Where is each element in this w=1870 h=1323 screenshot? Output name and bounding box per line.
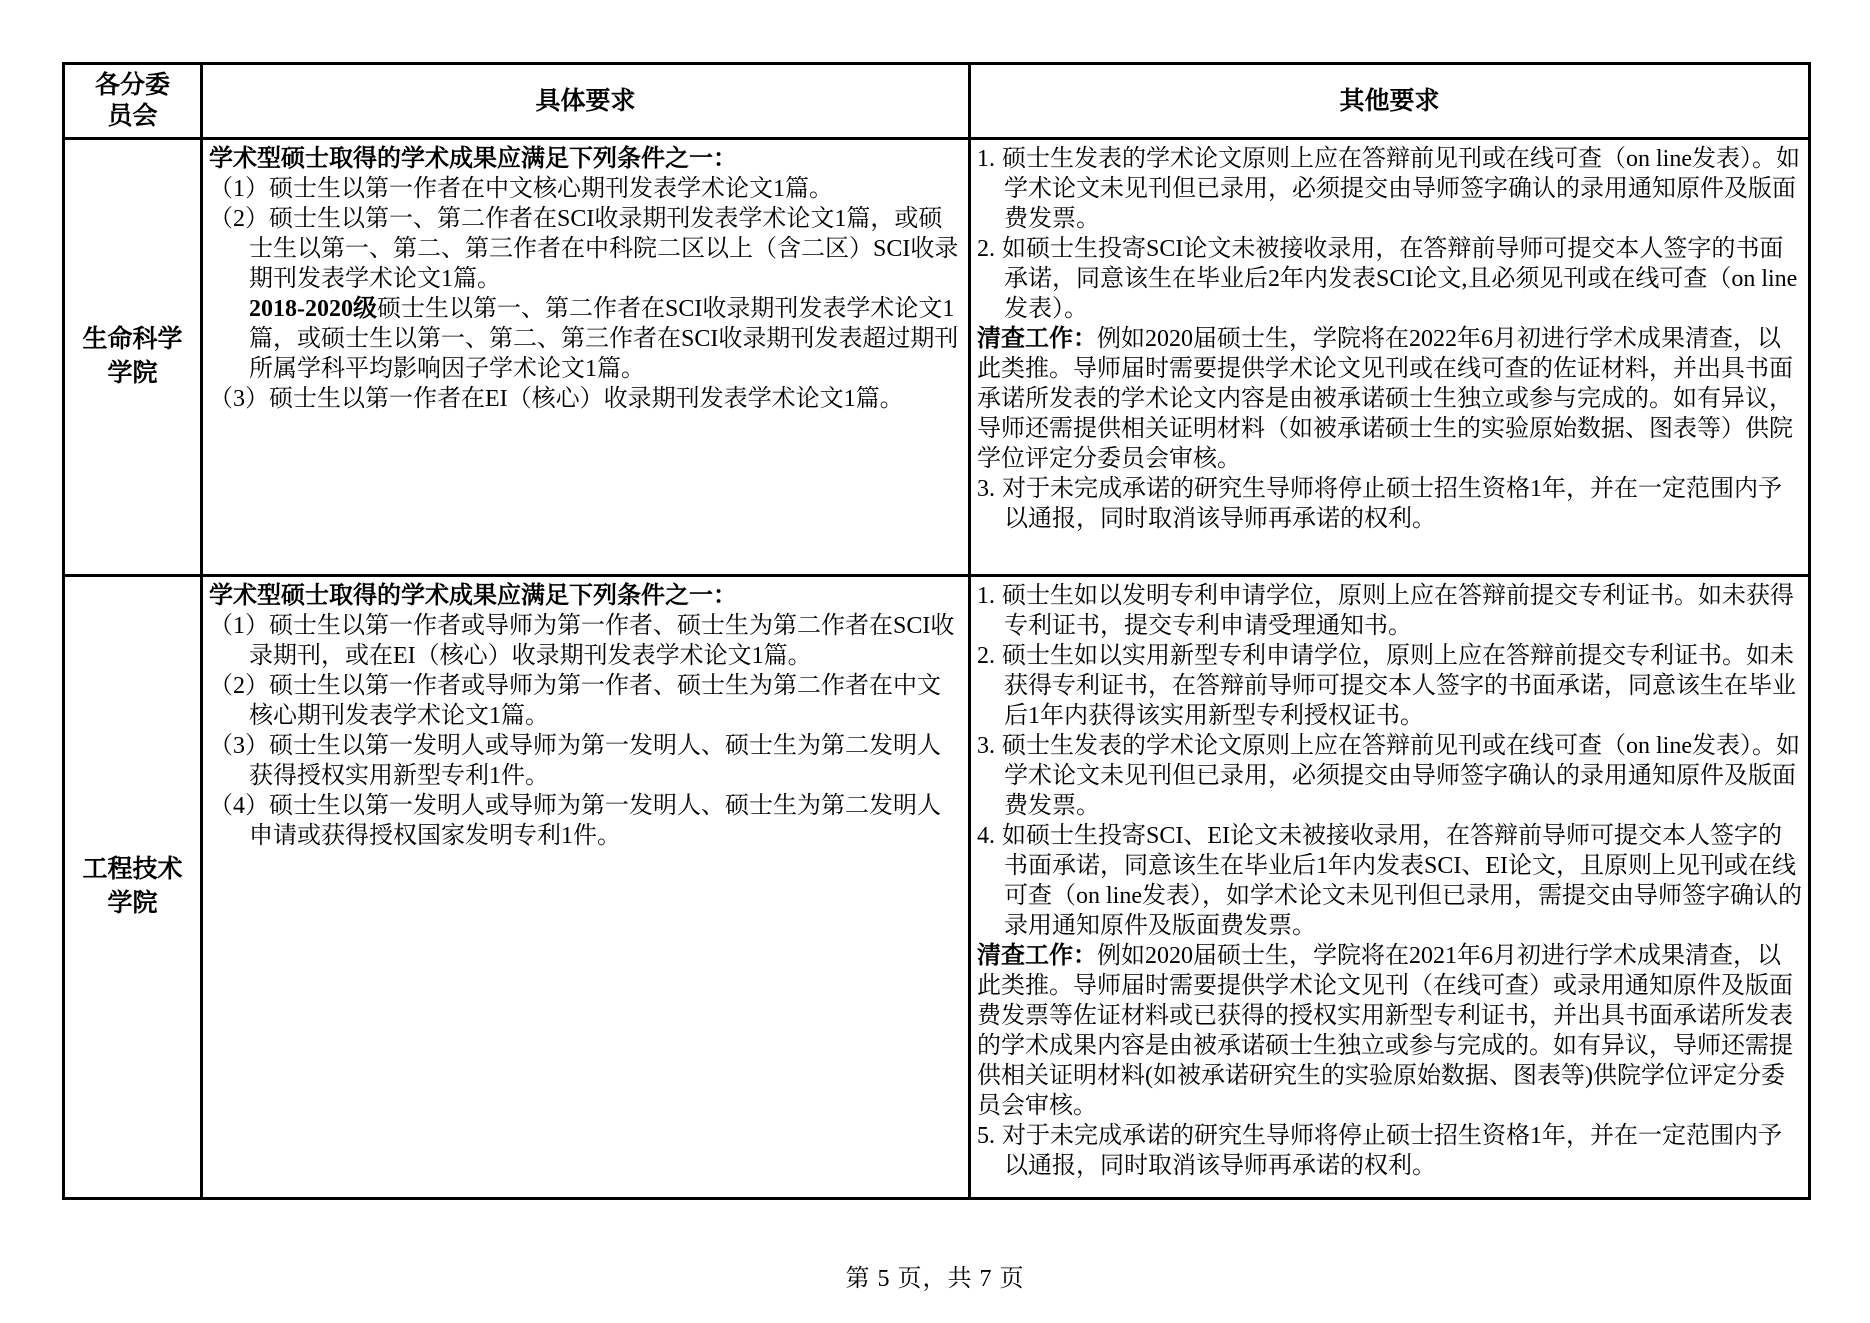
requirement-item: （4）硕士生以第一发明人或导师为第一发明人、硕士生为第二发明人申请或获得授权国家… xyxy=(209,791,962,851)
requirements-table: 各分委 员会 具体要求 其他要求 生命科学 学院 学术型硕士取得的学术成果应满足… xyxy=(62,62,1811,1200)
item-marker: 3. xyxy=(977,476,995,502)
item-bold-prefix: 2018-2020级 xyxy=(249,296,377,322)
item-text: 如硕士生投寄SCI论文未被接收录用，在答辩前导师可提交本人签字的书面承诺，同意该… xyxy=(1002,236,1797,322)
item-marker: （1） xyxy=(209,176,269,202)
item-text: 硕士生发表的学术论文原则上应在答辩前见刊或在线可查（on line发表）。如学术… xyxy=(1002,146,1800,232)
item-text: 硕士生如以实用新型专利申请学位，原则上应在答辩前提交专利证书。如未获得专利证书，… xyxy=(1002,643,1796,729)
column-header-specific-requirements: 具体要求 xyxy=(202,64,970,139)
item-text: 硕士生以第一、第二作者在SCI收录期刊发表学术论文1篇，或硕士生以第一、第二、第… xyxy=(249,206,958,292)
requirement-sub-item: 2018-2020级硕士生以第一、第二作者在SCI收录期刊发表学术论文1篇，或硕… xyxy=(209,294,962,384)
requirements-heading: 学术型硕士取得的学术成果应满足下列条件之一： xyxy=(209,581,962,611)
item-marker: 3. xyxy=(977,733,995,759)
item-marker: （2） xyxy=(209,673,269,699)
specific-requirements-cell: 学术型硕士取得的学术成果应满足下列条件之一： （1）硕士生以第一作者或导师为第一… xyxy=(202,576,970,1199)
requirement-item: 5.对于未完成承诺的研究生导师将停止硕士招生资格1年，并在一定范围内予以通报，同… xyxy=(977,1121,1802,1181)
item-text: 硕士生如以发明专利申请学位，原则上应在答辩前提交专利证书。如未获得专利证书，提交… xyxy=(1002,583,1794,639)
requirement-item: （3）硕士生以第一发明人或导师为第一发明人、硕士生为第二发明人获得授权实用新型专… xyxy=(209,731,962,791)
item-marker: （3） xyxy=(209,733,269,759)
item-marker: 2. xyxy=(977,236,995,262)
item-bold-prefix: 清查工作： xyxy=(977,326,1097,352)
other-requirements-cell: 1.硕士生如以发明专利申请学位，原则上应在答辩前提交专利证书。如未获得专利证书，… xyxy=(970,576,1810,1199)
requirement-item: （1）硕士生以第一作者在中文核心期刊发表学术论文1篇。 xyxy=(209,174,962,204)
item-bold-prefix: 清查工作： xyxy=(977,943,1097,969)
item-text: 例如2020届硕士生，学院将在2021年6月初进行学术成果清查，以此类推。导师届… xyxy=(977,943,1793,1119)
item-marker: （3） xyxy=(209,386,269,412)
requirement-item: （1）硕士生以第一作者或导师为第一作者、硕士生为第二作者在SCI收录期刊，或在E… xyxy=(209,611,962,671)
requirement-item: 1.硕士生如以发明专利申请学位，原则上应在答辩前提交专利证书。如未获得专利证书，… xyxy=(977,581,1802,641)
requirements-heading: 学术型硕士取得的学术成果应满足下列条件之一： xyxy=(209,144,962,174)
item-marker: 1. xyxy=(977,583,995,609)
committee-name: 工程技术 学院 xyxy=(64,576,202,1199)
requirement-item: （2）硕士生以第一作者或导师为第一作者、硕士生为第二作者在中文核心期刊发表学术论… xyxy=(209,671,962,731)
requirement-item: （3）硕士生以第一作者在EI（核心）收录期刊发表学术论文1篇。 xyxy=(209,384,962,414)
inspection-note: 清查工作：例如2020届硕士生，学院将在2022年6月初进行学术成果清查，以此类… xyxy=(977,324,1802,474)
item-text: 硕士生以第一发明人或导师为第一发明人、硕士生为第二发明人获得授权实用新型专利1件… xyxy=(249,733,941,789)
requirement-item: 2.如硕士生投寄SCI论文未被接收录用，在答辩前导师可提交本人签字的书面承诺，同… xyxy=(977,234,1802,324)
item-text: 对于未完成承诺的研究生导师将停止硕士招生资格1年，并在一定范围内予以通报，同时取… xyxy=(1002,476,1782,532)
requirement-item: 2.硕士生如以实用新型专利申请学位，原则上应在答辩前提交专利证书。如未获得专利证… xyxy=(977,641,1802,731)
committee-name: 生命科学 学院 xyxy=(64,139,202,576)
item-marker: 2. xyxy=(977,643,995,669)
item-text: 硕士生以第一发明人或导师为第一发明人、硕士生为第二发明人申请或获得授权国家发明专… xyxy=(249,793,941,849)
column-header-committee: 各分委 员会 xyxy=(64,64,202,139)
item-text: 硕士生以第一作者在中文核心期刊发表学术论文1篇。 xyxy=(269,176,833,202)
item-text: 硕士生以第一作者在EI（核心）收录期刊发表学术论文1篇。 xyxy=(269,386,904,412)
item-marker: 5. xyxy=(977,1123,995,1149)
page-number: 第 5 页，共 7 页 xyxy=(0,1258,1870,1293)
requirement-item: 3.对于未完成承诺的研究生导师将停止硕士招生资格1年，并在一定范围内予以通报，同… xyxy=(977,474,1802,534)
requirement-item: 1.硕士生发表的学术论文原则上应在答辩前见刊或在线可查（on line发表）。如… xyxy=(977,144,1802,234)
other-requirements-cell: 1.硕士生发表的学术论文原则上应在答辩前见刊或在线可查（on line发表）。如… xyxy=(970,139,1810,576)
table-row-life-sciences: 生命科学 学院 学术型硕士取得的学术成果应满足下列条件之一： （1）硕士生以第一… xyxy=(64,139,1810,576)
item-marker: （1） xyxy=(209,613,269,639)
item-text: 硕士生以第一作者或导师为第一作者、硕士生为第二作者在中文核心期刊发表学术论文1篇… xyxy=(249,673,941,729)
requirement-item: （2）硕士生以第一、第二作者在SCI收录期刊发表学术论文1篇，或硕士生以第一、第… xyxy=(209,204,962,294)
item-text: 对于未完成承诺的研究生导师将停止硕士招生资格1年，并在一定范围内予以通报，同时取… xyxy=(1002,1123,1782,1179)
item-text: 例如2020届硕士生，学院将在2022年6月初进行学术成果清查，以此类推。导师届… xyxy=(977,326,1793,472)
table-row-engineering: 工程技术 学院 学术型硕士取得的学术成果应满足下列条件之一： （1）硕士生以第一… xyxy=(64,576,1810,1199)
inspection-note: 清查工作：例如2020届硕士生，学院将在2021年6月初进行学术成果清查，以此类… xyxy=(977,941,1802,1121)
table-header-row: 各分委 员会 具体要求 其他要求 xyxy=(64,64,1810,139)
item-marker: 4. xyxy=(977,823,995,849)
item-text: 硕士生发表的学术论文原则上应在答辩前见刊或在线可查（on line发表）。如学术… xyxy=(1002,733,1800,819)
requirement-item: 3.硕士生发表的学术论文原则上应在答辩前见刊或在线可查（on line发表）。如… xyxy=(977,731,1802,821)
item-text: 硕士生以第一作者或导师为第一作者、硕士生为第二作者在SCI收录期刊，或在EI（核… xyxy=(249,613,954,669)
item-marker: （2） xyxy=(209,206,269,232)
item-text: 如硕士生投寄SCI、EI论文未被接收录用，在答辩前导师可提交本人签字的书面承诺，… xyxy=(1002,823,1802,939)
item-marker: （4） xyxy=(209,793,269,819)
item-marker: 1. xyxy=(977,146,995,172)
column-header-other-requirements: 其他要求 xyxy=(970,64,1810,139)
requirement-item: 4.如硕士生投寄SCI、EI论文未被接收录用，在答辩前导师可提交本人签字的书面承… xyxy=(977,821,1802,941)
specific-requirements-cell: 学术型硕士取得的学术成果应满足下列条件之一： （1）硕士生以第一作者在中文核心期… xyxy=(202,139,970,576)
